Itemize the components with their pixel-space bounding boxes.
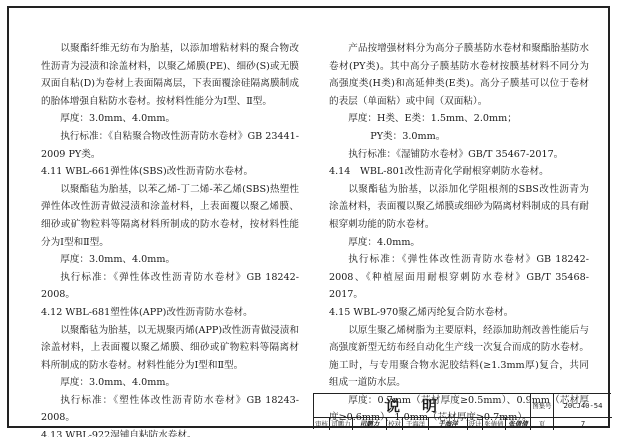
paragraph: 以原生聚乙烯树脂为主要原料，经添加助剂改善性能后与高强度新型无纺布经自动化生产线… [329, 322, 589, 392]
section-heading-4-15: 4.15 WBL-970聚乙烯丙纶复合防水卷材。 [329, 304, 589, 322]
design-label: 设计 [468, 418, 483, 430]
left-column: 以聚酯纤维无纺布为胎基，以添加增粘材料的聚合物改性沥青为浸渍和涂盖材料，以聚乙烯… [41, 40, 299, 437]
standard-line: 执行标准：《塑性体改性沥青防水卷材》GB 18243-2008。 [41, 392, 299, 427]
paragraph: 以聚酯毡为胎基，以苯乙烯-丁二烯-苯乙烯(SBS)热塑性弹性体改性沥青做浸渍和涂… [41, 181, 299, 251]
section-heading-4-12: 4.12 WBL-681塑性体(APP)改性沥青防水卷材。 [41, 304, 299, 322]
section-heading-4-14: 4.14 WBL-801改性沥青化学耐根穿刺防水卷材。 [329, 163, 589, 181]
designer-name: 张倩倩 [483, 418, 506, 430]
designer-signature: 张倩倩 [506, 418, 531, 430]
checker-signature: 于海洋 [429, 418, 468, 430]
thickness-line: 厚度：4.0mm。 [329, 234, 589, 252]
standard-line: 执行标准：《自粘聚合物改性沥青防水卷材》GB 23441-2009 PY类。 [41, 128, 299, 163]
paragraph: 以聚酯纤维无纺布为胎基，以添加增粘材料的聚合物改性沥青为浸渍和涂盖材料，以聚乙烯… [41, 40, 299, 110]
standard-line: 执行标准：《弹性体改性沥青防水卷材》GB 18242-2008、《种植屋面用耐根… [329, 251, 589, 304]
standard-line: 执行标准：《湿铺防水卷材》GB/T 35467-2017。 [329, 146, 589, 164]
checker-name: 于海洋 [403, 418, 429, 430]
page-label: 页 [531, 418, 554, 430]
reviewer-signature: 司鹏力 [353, 418, 387, 430]
right-column: 产品按增强材料分为高分子膜基防水卷材和聚酯胎基防水卷材(PY类)。其中高分子膜基… [329, 40, 589, 427]
thickness-line: 厚度：3.0mm、4.0mm。 [41, 374, 299, 392]
standard-line: 执行标准：《弹性体改性沥青防水卷材》GB 18242-2008。 [41, 269, 299, 304]
paragraph: 产品按增强材料分为高分子膜基防水卷材和聚酯胎基防水卷材(PY类)。其中高分子膜基… [329, 40, 589, 110]
title-block: 说明 图集号 20CJ40-54 审核 司鹏力 司鹏力 校对 于海洋 于海洋 设… [313, 393, 611, 429]
atlas-number: 20CJ40-54 [554, 394, 612, 418]
section-heading-4-13: 4.13 WBL-922湿铺自粘防水卷材。 [41, 427, 299, 437]
paragraph: 以聚酯毡为胎基，以添加化学阻根剂的SBS改性沥青为涂盖材料，表面覆以聚乙烯膜或细… [329, 181, 589, 234]
review-label: 审核 [314, 418, 330, 430]
reviewer-name: 司鹏力 [330, 418, 353, 430]
thickness-line: 厚度：H类、E类：1.5mm、2.0mm； [329, 110, 589, 128]
thickness-line: 厚度：3.0mm、4.0mm。 [41, 110, 299, 128]
check-label: 校对 [387, 418, 403, 430]
atlas-number-label: 图集号 [531, 394, 554, 418]
drawing-title: 说明 [314, 394, 531, 418]
section-heading-4-11: 4.11 WBL-661弹性体(SBS)改性沥青防水卷材。 [41, 163, 299, 181]
paragraph: 以聚酯毡为胎基，以无规聚丙烯(APP)改性沥青做浸渍和涂盖材料，上表面覆以聚乙烯… [41, 322, 299, 375]
thickness-line-py: PY类：3.0mm。 [329, 128, 589, 146]
page-number: 7 [554, 418, 612, 430]
thickness-line: 厚度：3.0mm、4.0mm。 [41, 251, 299, 269]
